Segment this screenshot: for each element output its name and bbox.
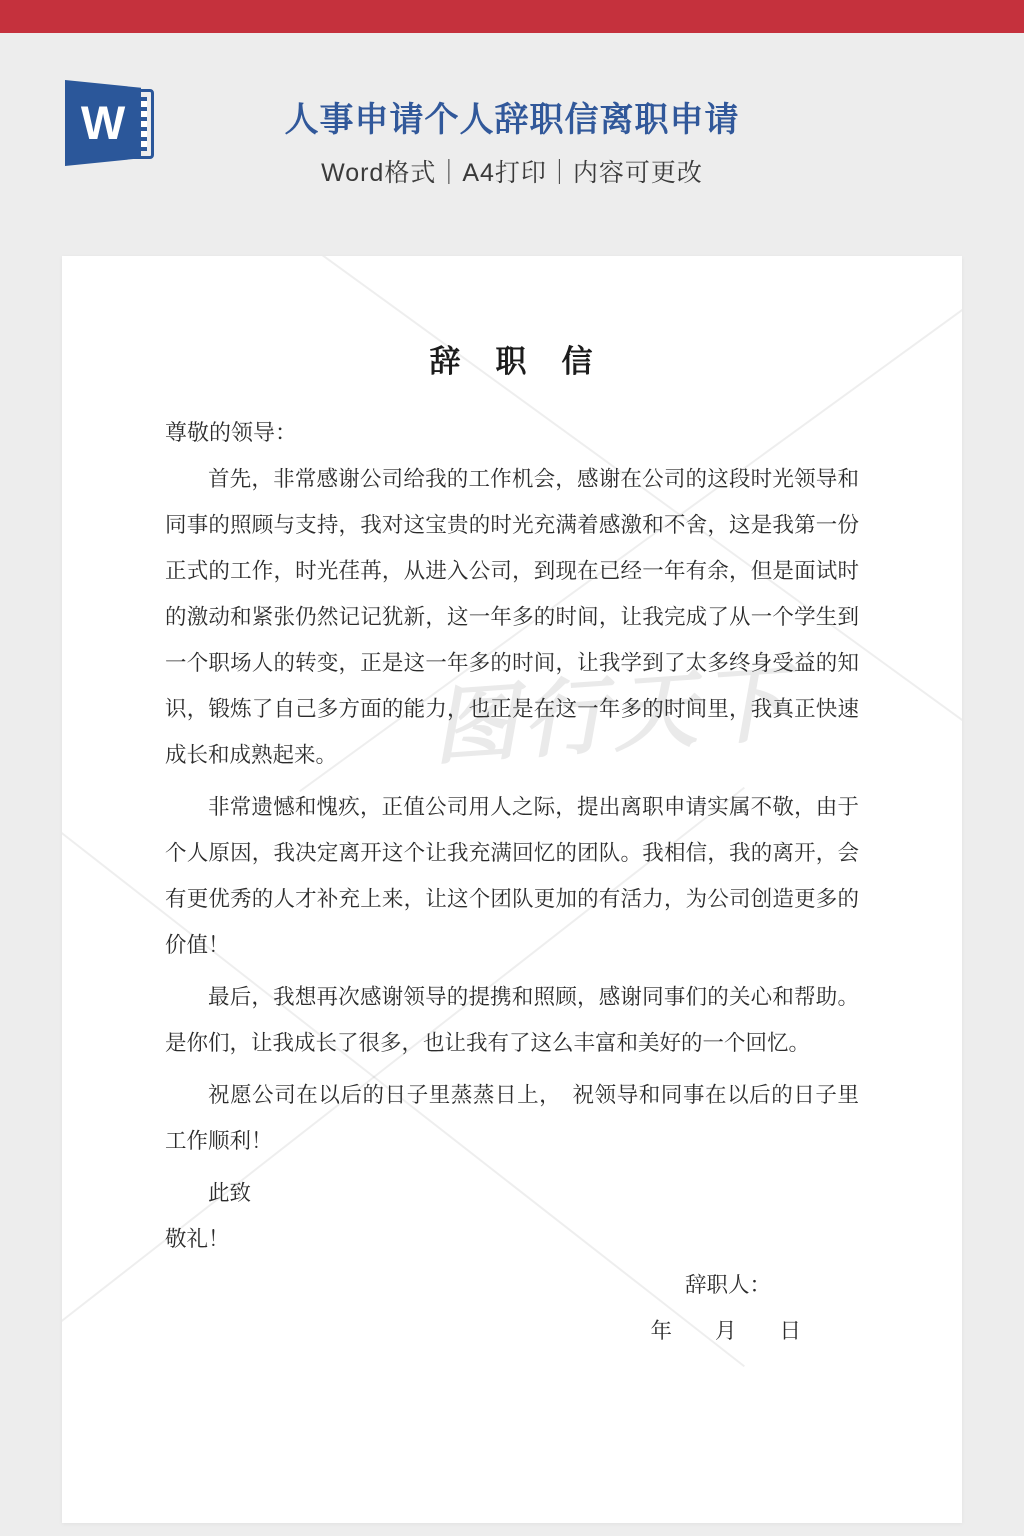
closing-jingli: 敬礼！ xyxy=(165,1216,859,1262)
document-page: 图行天下 辞 职 信 尊敬的领导： 首先，非常感谢公司给我的工作机会，感谢在公司… xyxy=(62,256,962,1523)
template-title: 人事申请个人辞职信离职申请 xyxy=(0,92,1024,141)
paragraph-2: 非常遗憾和愧疚，正值公司用人之际，提出离职申请实属不敬，由于个人原因，我决定离开… xyxy=(165,784,859,968)
letter-body: 辞 职 信 尊敬的领导： 首先，非常感谢公司给我的工作机会，感谢在公司的这段时光… xyxy=(62,256,962,1354)
paragraph-1: 首先，非常感谢公司给我的工作机会，感谢在公司的这段时光领导和同事的照顾与支持，我… xyxy=(165,456,859,778)
template-subtitle: Word格式｜A4打印｜内容可更改 xyxy=(0,153,1024,189)
paragraph-3: 最后，我想再次感谢领导的提携和照顾，感谢同事们的关心和帮助。是你们，让我成长了很… xyxy=(165,974,859,1066)
top-red-bar xyxy=(0,0,1024,33)
letter-title: 辞 职 信 xyxy=(165,342,859,382)
signer-label: 辞职人： xyxy=(165,1262,859,1308)
signature-block: 辞职人： 年 月 日 xyxy=(165,1262,859,1354)
paragraph-4: 祝愿公司在以后的日子里蒸蒸日上， 祝领导和同事在以后的日子里工作顺利！ xyxy=(165,1072,859,1164)
closing-cizhi: 此致 xyxy=(165,1170,859,1216)
salutation: 尊敬的领导： xyxy=(165,410,859,456)
date-line: 年 月 日 xyxy=(165,1308,859,1354)
